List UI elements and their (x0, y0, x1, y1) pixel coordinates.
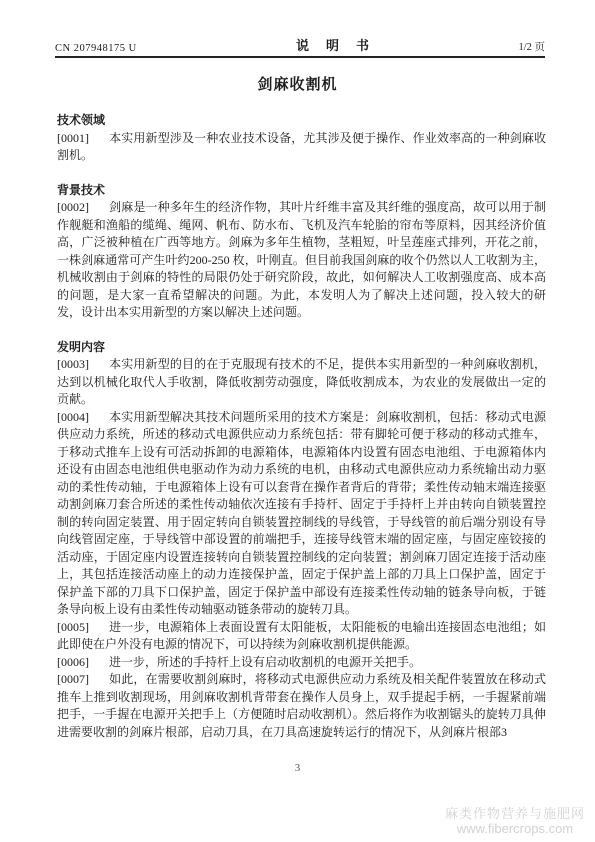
paragraph-number: [0002] (57, 199, 95, 217)
section-summary-of-invention: 发明内容 [0003]本实用新型的目的在于克服现有技术的不足，提供本实用新型的一… (57, 339, 546, 742)
section-heading: 发明内容 (57, 339, 546, 357)
paragraph-text: 本实用新型涉及一种农业技术设备，尤其涉及便于操作、作业效率高的一种剑麻收割机。 (57, 131, 546, 163)
section-technical-field: 技术领域 [0001]本实用新型涉及一种农业技术设备，尤其涉及便于操作、作业效率… (57, 112, 546, 165)
patent-specification-page: CN 207948175 U 说 明 书 1/2 页 剑麻收割机 技术领域 [0… (0, 0, 595, 842)
watermark: 麻类作物营养与施肥网 www.fibercrops.com (445, 806, 585, 836)
paragraph-number: [0003] (57, 356, 95, 374)
paragraph: [0003]本实用新型的目的在于克服现有技术的不足，提供本实用新型的一种剑麻收割… (57, 356, 546, 409)
paragraph-text: 剑麻是一种多年生的经济作物，其叶片纤维丰富及其纤维的强度高，故可以用于制作舰艇和… (57, 200, 546, 319)
paragraph: [0004]本实用新型解决其技术问题所采用的技术方案是：剑麻收割机，包括：移动式… (57, 409, 546, 619)
paragraph: [0006]进一步，所述的手持杆上设有启动收割机的电源开关把手。 (57, 654, 546, 672)
section-background-art: 背景技术 [0002]剑麻是一种多年生的经济作物，其叶片纤维丰富及其纤维的强度高… (57, 182, 546, 322)
paragraph-text: 本实用新型解决其技术问题所采用的技术方案是：剑麻收割机，包括：移动式电源供应动力… (57, 410, 546, 617)
watermark-site-url: www.fibercrops.com (445, 821, 585, 836)
paragraph-number: [0006] (57, 654, 95, 672)
document-number: CN 207948175 U (55, 43, 137, 54)
section-heading: 技术领域 (57, 112, 546, 130)
document-body: 技术领域 [0001]本实用新型涉及一种农业技术设备，尤其涉及便于操作、作业效率… (57, 112, 546, 741)
paragraph-number: [0007] (57, 671, 95, 689)
paragraph: [0007]如此，在需要收割剑麻时，将移动式电源供应动力系统及相关配件装置放在移… (57, 671, 546, 741)
watermark-site-name: 麻类作物营养与施肥网 (445, 806, 585, 821)
paragraph-text: 本实用新型的目的在于克服现有技术的不足，提供本实用新型的一种剑麻收割机，达到以机… (57, 357, 546, 406)
paragraph-number: [0001] (57, 130, 95, 148)
paragraph-number: [0004] (57, 409, 95, 427)
document-type-label: 说 明 书 (296, 35, 371, 54)
paragraph: [0005]进一步，电源箱体上表面设置有太阳能板，太阳能板的电输出连接固态电池组… (57, 619, 546, 654)
paragraph-text: 如此，在需要收割剑麻时，将移动式电源供应动力系统及相关配件装置放在移动式推车上推… (57, 672, 546, 739)
paragraph-text: 进一步，电源箱体上表面设置有太阳能板，太阳能板的电输出连接固态电池组；如此即使在… (57, 620, 546, 652)
paragraph-text: 进一步，所述的手持杆上设有启动收割机的电源开关把手。 (109, 655, 421, 669)
paragraph: [0001]本实用新型涉及一种农业技术设备，尤其涉及便于操作、作业效率高的一种剑… (57, 130, 546, 165)
page-header: CN 207948175 U 说 明 书 1/2 页 (55, 34, 545, 58)
invention-title: 剑麻收割机 (0, 73, 595, 94)
paragraph: [0002]剑麻是一种多年生的经济作物，其叶片纤维丰富及其纤维的强度高，故可以用… (57, 199, 546, 322)
paragraph-number: [0005] (57, 619, 95, 637)
page-indicator: 1/2 页 (518, 39, 545, 54)
footer-page-number: 3 (0, 762, 595, 774)
section-heading: 背景技术 (57, 182, 546, 200)
